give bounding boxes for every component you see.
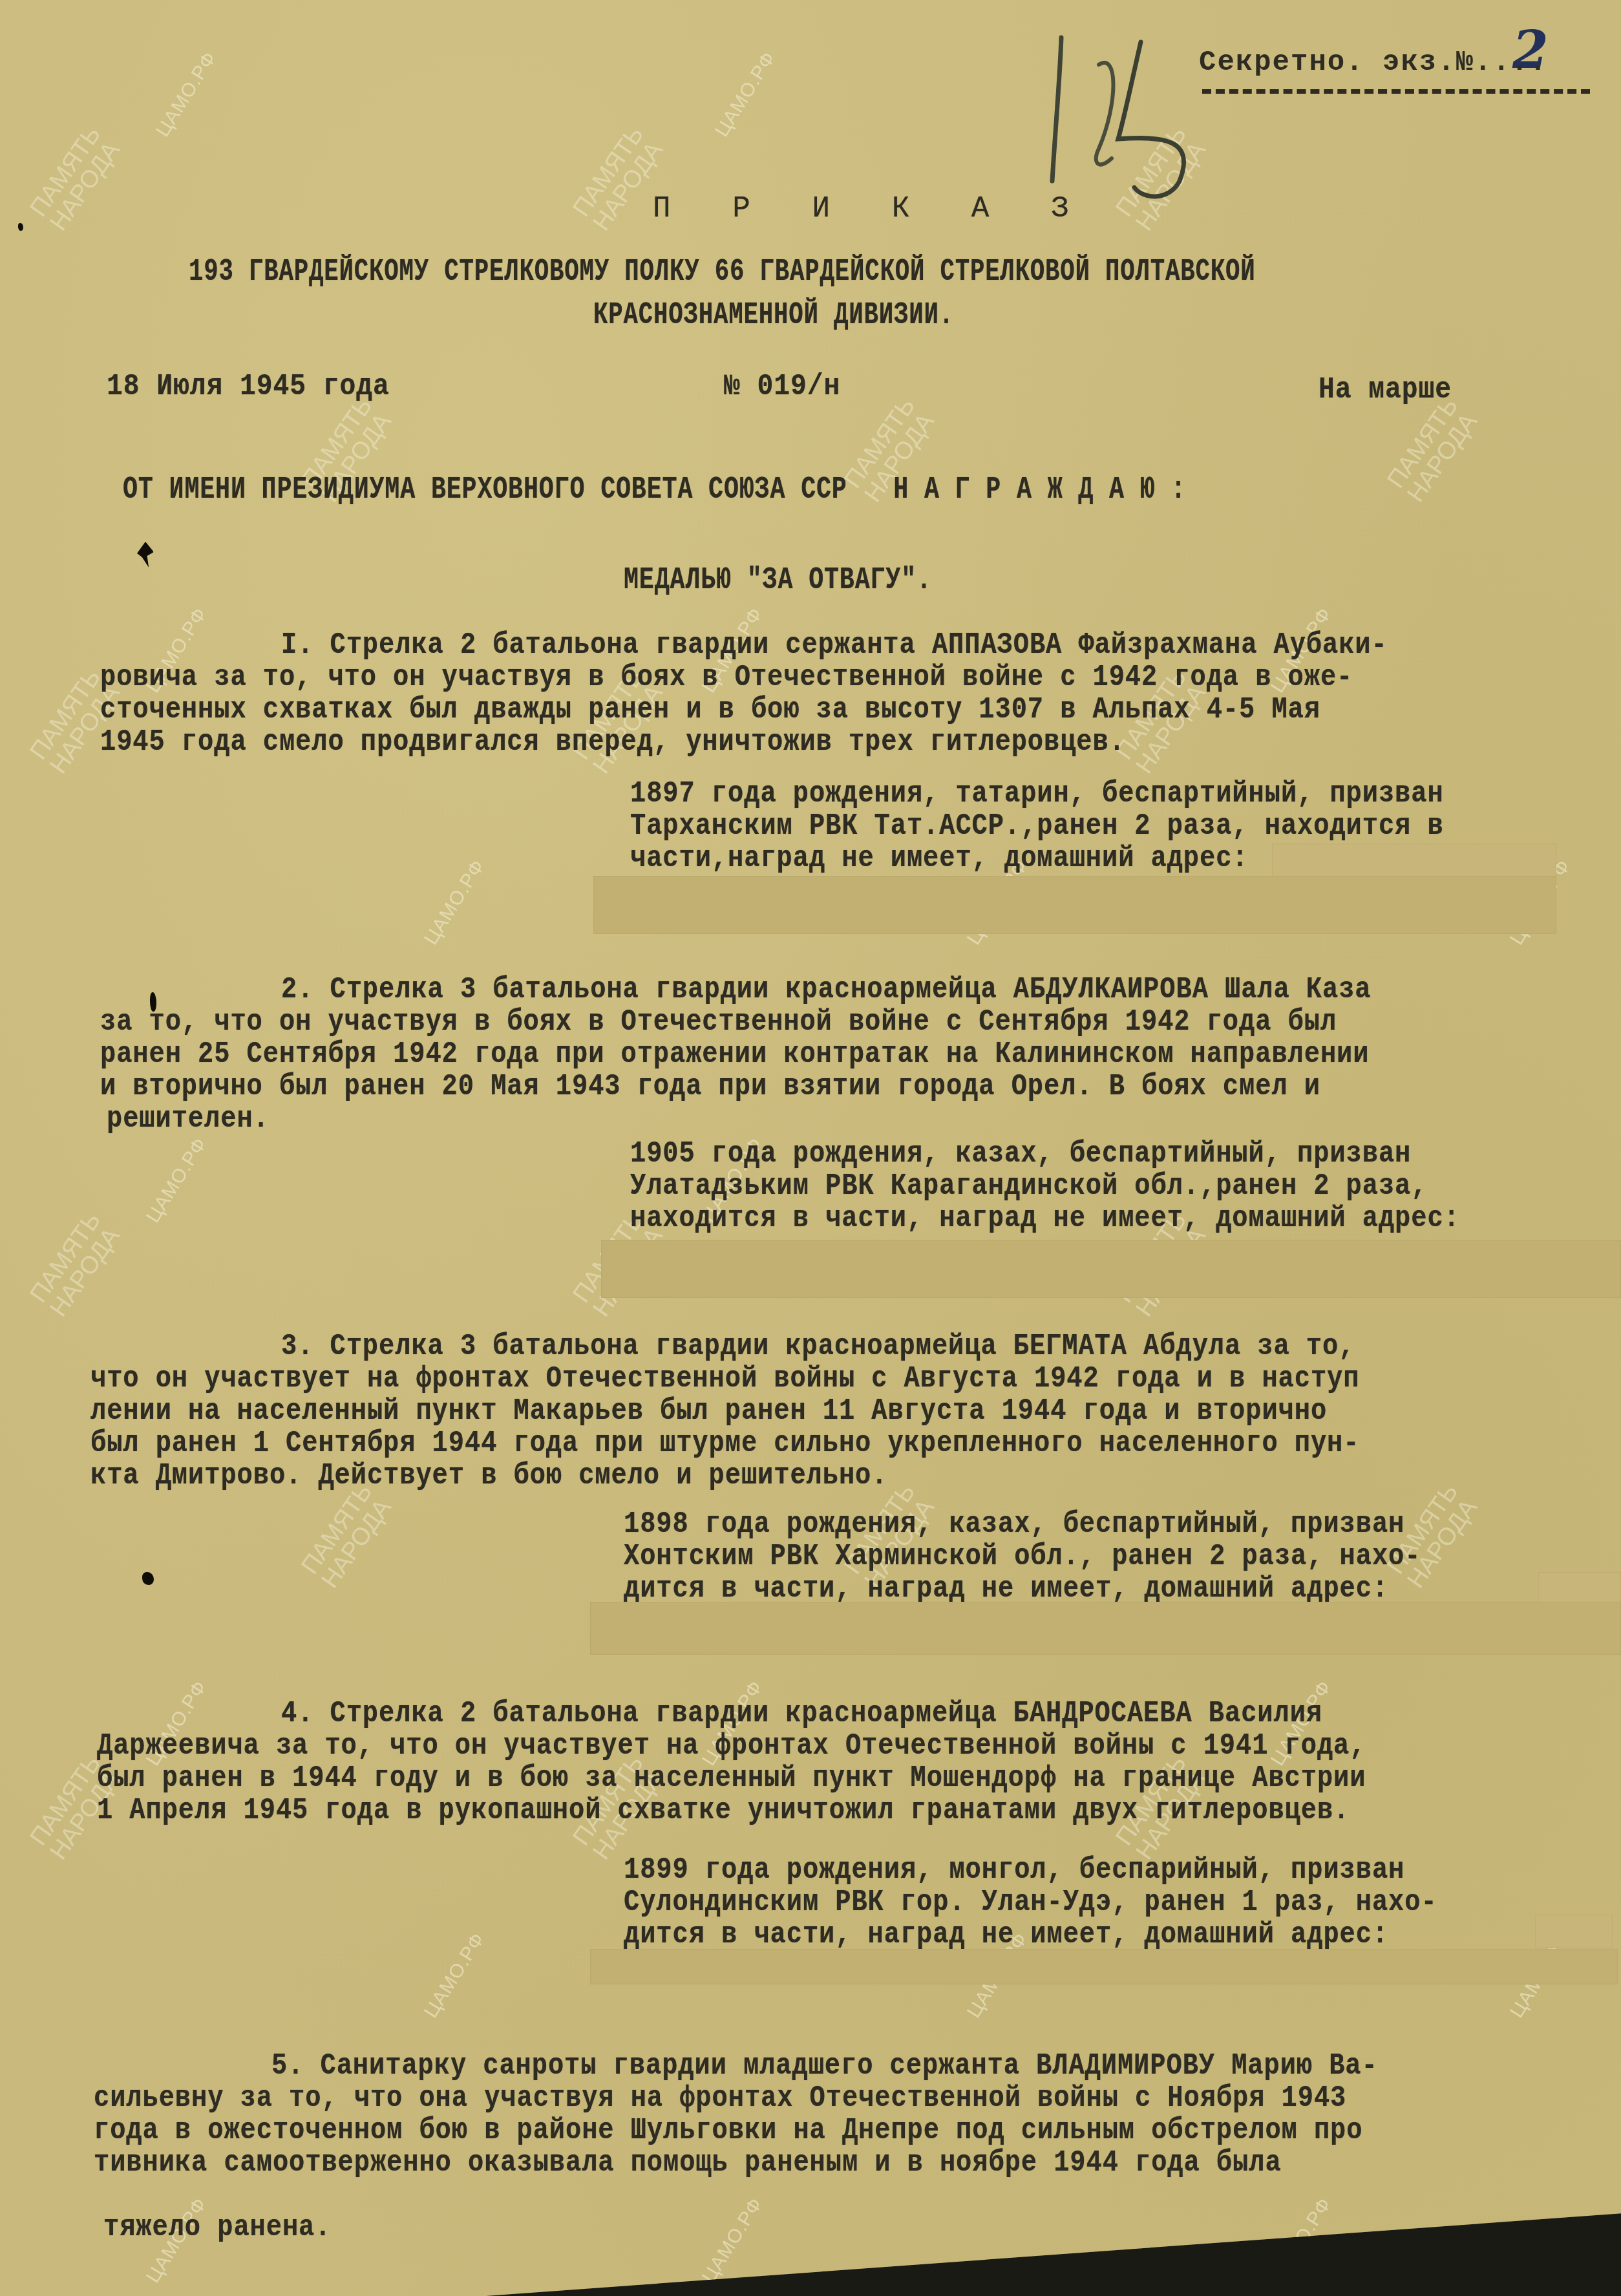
watermark-pamyat-naroda: ПАМЯТЬ НАРОДА [26, 1208, 125, 1321]
entry-1-line: ровича за то, что он участвуя в боях в О… [100, 659, 1353, 696]
entry-3-bio: Хонтским РВК Харминской обл., ранен 2 ра… [624, 1538, 1421, 1575]
secrecy-stamp: Секретно. экз.№.... [1199, 47, 1548, 79]
preamble: ОТ ИМЕНИ ПРЕЗИДИУМА ВЕРХОВНОГО СОВЕТА СО… [123, 472, 1186, 508]
entry-2-line: и вторично был ранен 20 Мая 1943 года пр… [100, 1068, 1320, 1105]
entry-3-line: 3. Стрелка 3 батальона гвардии красноарм… [281, 1328, 1355, 1365]
entry-4-line: был ранен в 1944 году и в бою за населен… [97, 1760, 1366, 1796]
entry-1-line: сточенных схватках был дважды ранен и в … [100, 692, 1320, 728]
order-number: № 019/н [724, 368, 840, 405]
addressee-line-2: КРАСНОЗНАМЕННОЙ ДИВИЗИИ. [593, 297, 954, 334]
watermark-camo: ЦАМО.РФ [711, 48, 780, 141]
entry-1-bio: Тарханским РВК Тат.АССР.,ранен 2 раза, н… [630, 808, 1444, 844]
document-page: ЦАМО.РФ ЦАМО.РФ ЦАМО.РФ ЦАМО.РФ ЦАМО.РФ … [0, 0, 1621, 2296]
order-location: На марше [1319, 372, 1452, 408]
entry-5-line: 5. Санитарку санроты гвардии младшего се… [271, 2048, 1378, 2084]
watermark-camo: ЦАМО.РФ [420, 856, 489, 949]
entry-2-line: решителен. [107, 1101, 270, 1137]
entry-5-line: тяжело ранена. [103, 2209, 331, 2246]
watermark-camo: ЦАМО.РФ [698, 2194, 767, 2287]
entry-2-line: 2. Стрелка 3 батальона гвардии красноарм… [281, 972, 1372, 1008]
entry-5-line: тивника самоотверженно оказывала помощь … [94, 2145, 1282, 2181]
watermark-camo: ЦАМО.РФ [142, 1134, 211, 1227]
watermark-camo: ЦАМО.РФ [1267, 2194, 1336, 2287]
redacted-address [593, 876, 1556, 934]
entry-1-line: 1945 года смело продвигался вперед, унич… [100, 724, 1125, 760]
watermark-pamyat-naroda: ПАМЯТЬ НАРОДА [1383, 394, 1483, 507]
entry-1-line: I. Стрелка 2 батальона гвардии сержанта … [281, 627, 1388, 663]
watermark-pamyat-naroda: ПАМЯТЬ НАРОДА [26, 122, 125, 235]
paper-hole [137, 542, 154, 568]
watermark-camo: ЦАМО.РФ [152, 48, 221, 141]
entry-4-bio: Сулондинским РВК гор. Улан-Удэ, ранен 1 … [624, 1884, 1437, 1920]
paper-speck [18, 223, 23, 231]
entry-4-bio: 1899 года рождения, монгол, беспарийный,… [624, 1852, 1404, 1888]
watermark-camo: ЦАМО.РФ [420, 1929, 489, 2022]
entry-4-bio: дится в части, наград не имеет, домашний… [624, 1917, 1388, 1953]
entry-3-line: что он участвует на фронтах Отечественно… [90, 1361, 1359, 1397]
redacted-address [590, 1602, 1621, 1655]
entry-4-line: 4. Стрелка 2 батальона гвардии красноарм… [281, 1695, 1322, 1732]
entry-2-bio: 1905 года рождения, казах, беспартийный,… [630, 1136, 1411, 1172]
redacted-address [590, 1949, 1618, 1984]
redacted-address [1272, 844, 1556, 877]
entry-4-line: Даржеевича за то, что он участвует на фр… [97, 1728, 1366, 1764]
redacted-address [601, 1240, 1621, 1298]
entry-2-bio: Улатадзьким РВК Карагандинской обл.,ране… [630, 1168, 1427, 1204]
entry-2-bio: находится в части, наград не имеет, дома… [630, 1200, 1460, 1237]
entry-3-line: был ранен 1 Сентября 1944 года при штурм… [90, 1425, 1359, 1462]
entry-3-bio: 1898 года рождения, казах, беспартийный,… [624, 1506, 1404, 1542]
entry-3-line: кта Дмитрово. Действует в бою смело и ре… [90, 1458, 887, 1494]
paper-speck [142, 1572, 154, 1585]
watermark-pamyat-naroda: ПАМЯТЬ НАРОДА [297, 1480, 397, 1593]
entry-2-line: ранен 25 Сентября 1942 года при отражени… [100, 1036, 1369, 1072]
addressee-line-1: 193 ГВАРДЕЙСКОМУ СТРЕЛКОВОМУ ПОЛКУ 66 ГВ… [189, 254, 1256, 290]
award-title: МЕДАЛЬЮ "ЗА ОТВАГУ". [624, 562, 932, 599]
document-title: П Р И К А З [653, 191, 1091, 227]
entry-2-line: за то, что он участвуя в боях в Отечеств… [100, 1004, 1337, 1040]
entry-5-line: года в ожесточенном бою в районе Шульгов… [94, 2112, 1362, 2149]
redacted-address [1538, 1572, 1621, 1603]
entry-5-line: сильевну за то, что она участвуя на фрон… [94, 2080, 1346, 2116]
entry-4-line: 1 Апреля 1945 года в рукопашной схватке … [97, 1792, 1350, 1829]
entry-3-line: лении на населенный пункт Макарьев был р… [90, 1393, 1327, 1429]
secrecy-underline [1202, 89, 1590, 94]
entry-1-bio: 1897 года рождения, татарин, беспартийны… [630, 776, 1444, 812]
entry-1-bio: части,наград не имеет, домашний адрес: [630, 840, 1249, 877]
order-date: 18 Июля 1945 года [107, 368, 390, 405]
redacted-address [1535, 1915, 1613, 1948]
